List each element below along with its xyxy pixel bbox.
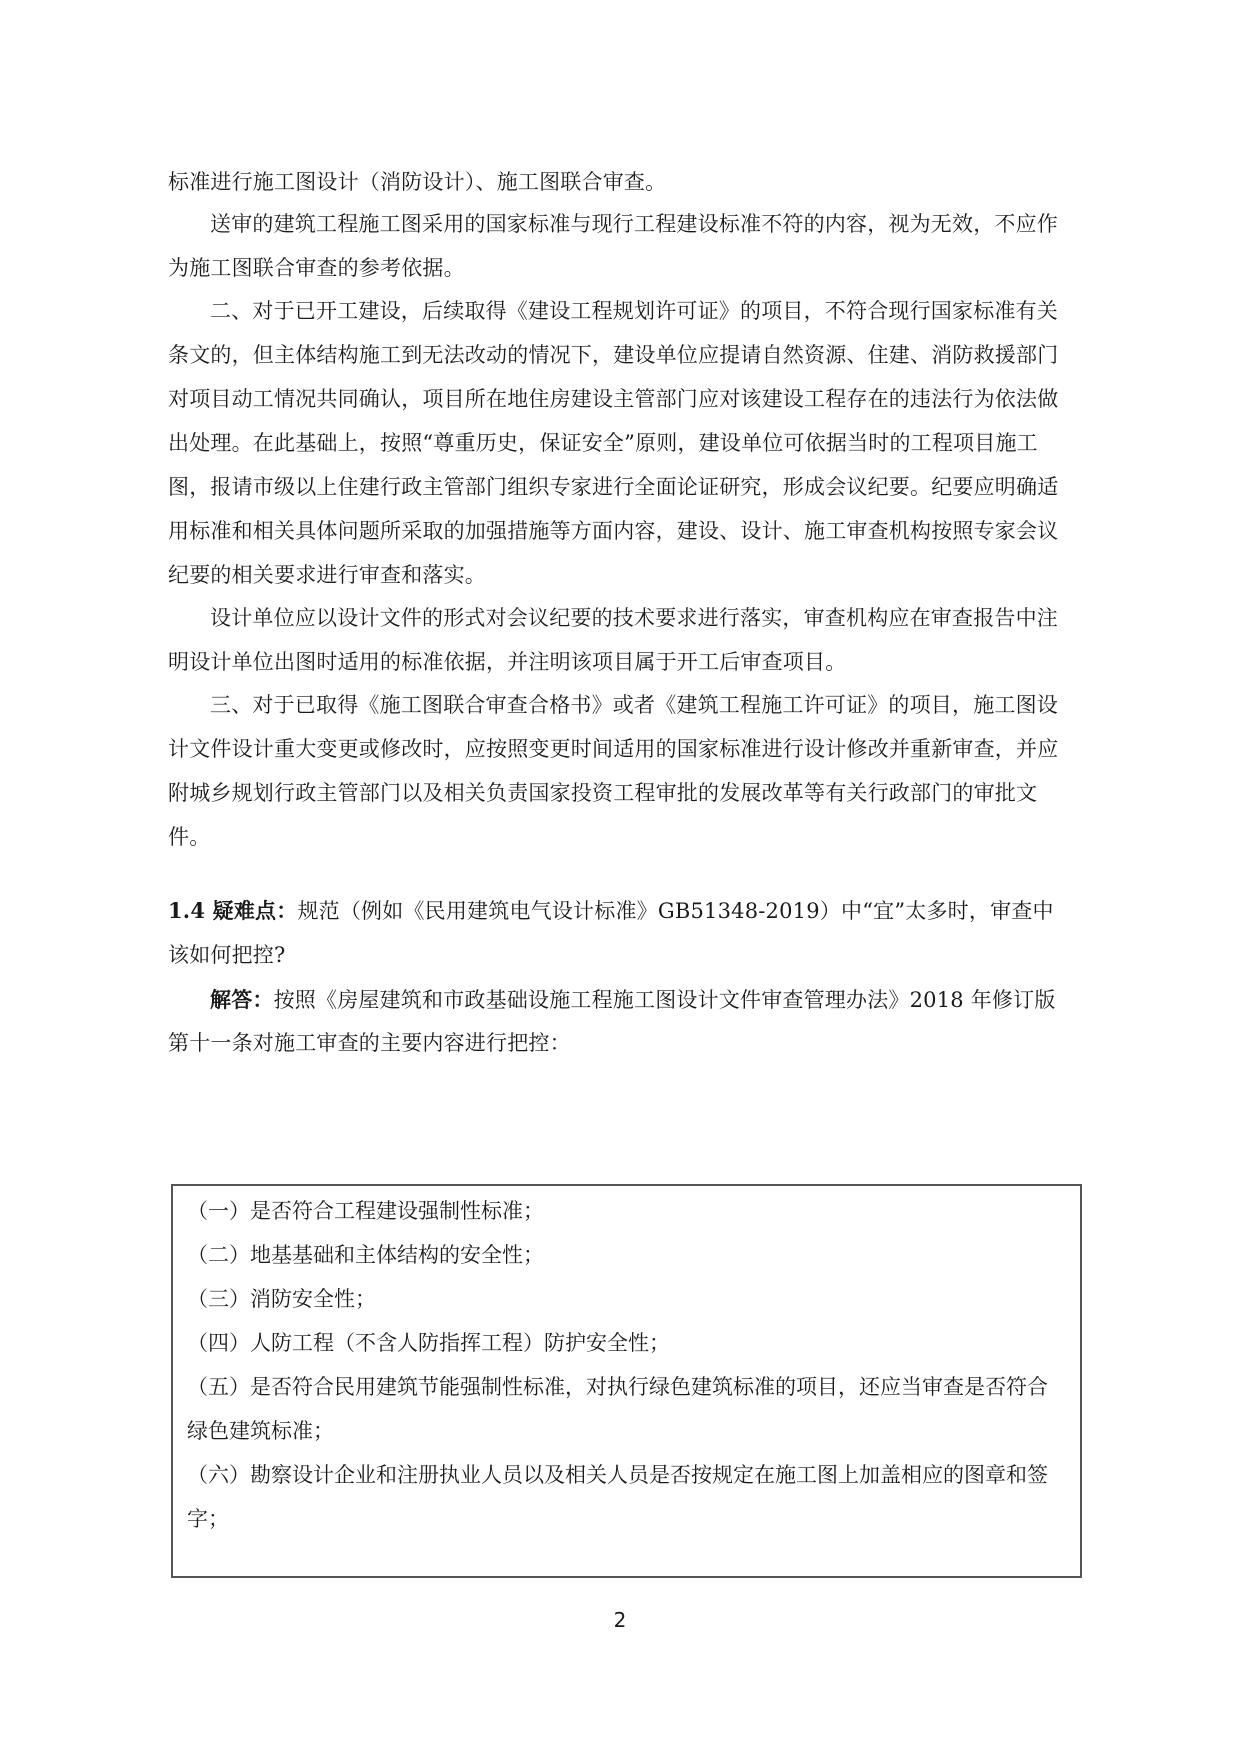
question-text: 规范（例如《民用建筑电气设计标准》GB51348-2019）中“宜”太多时，审查… (297, 899, 1053, 923)
paragraph-line: 设计单位应以设计文件的形式对会议纪要的技术要求进行落实，审查机构应在审查报告中注 (210, 603, 1130, 633)
question-label: 1.4 疑难点： (168, 898, 297, 923)
box-item: 绿色建筑标准； (187, 1416, 334, 1446)
question-line: 1.4 疑难点：规范（例如《民用建筑电气设计标准》GB51348-2019）中“… (168, 896, 1088, 926)
box-item: （五）是否符合民用建筑节能强制性标准，对执行绿色建筑标准的项目，还应当审查是否符… (187, 1372, 1048, 1402)
box-item: 字； (187, 1504, 229, 1534)
box-item: （一）是否符合工程建设强制性标准； (187, 1196, 544, 1226)
question-line: 该如何把控? (168, 940, 1088, 970)
answer-label: 解答： (210, 987, 274, 1012)
paragraph-line: 三、对于已取得《施工图联合审查合格书》或者《建筑工程施工许可证》的项目，施工图设 (210, 690, 1130, 720)
box-item: （四）人防工程（不含人防指挥工程）防护安全性； (187, 1328, 670, 1358)
paragraph-line: 附城乡规划行政主管部门以及相关负责国家投资工程审批的发展改革等有关行政部门的审批… (168, 778, 1088, 808)
paragraph-line: 件。 (168, 822, 1088, 852)
box-item: （三）消防安全性； (187, 1284, 376, 1314)
answer-line: 第十一条对施工审查的主要内容进行把控： (168, 1028, 1088, 1058)
answer-text: 按照《房屋建筑和市政基础设施工程施工图设计文件审查管理办法》2018 年修订版 (274, 988, 1056, 1012)
paragraph-line: 二、对于已开工建设，后续取得《建设工程规划许可证》的项目，不符合现行国家标准有关 (210, 296, 1130, 326)
review-items-box: （一）是否符合工程建设强制性标准； （二）地基基础和主体结构的安全性； （三）消… (171, 1184, 1082, 1578)
document-page: 标准进行施工图设计（消防设计）、施工图联合审查。 送审的建筑工程施工图采用的国家… (0, 0, 1240, 1753)
paragraph-line: 送审的建筑工程施工图采用的国家标准与现行工程建设标准不符的内容，视为无效，不应作 (210, 209, 1130, 239)
box-item: （二）地基基础和主体结构的安全性； (187, 1240, 544, 1270)
paragraph-line: 出处理。在此基础上，按照“尊重历史，保证安全”原则，建设单位可依据当时的工程项目… (168, 428, 1088, 458)
paragraph-line: 纪要的相关要求进行审查和落实。 (168, 560, 1088, 590)
paragraph-line: 计文件设计重大变更或修改时，应按照变更时间适用的国家标准进行设计修改并重新审查，… (168, 734, 1088, 764)
page-number: 2 (0, 1608, 1240, 1632)
paragraph-line: 图，报请市级以上住建行政主管部门组织专家进行全面论证研究，形成会议纪要。纪要应明… (168, 472, 1088, 502)
box-item: （六）勘察设计企业和注册执业人员以及相关人员是否按规定在施工图上加盖相应的图章和… (187, 1460, 1048, 1490)
answer-line: 解答：按照《房屋建筑和市政基础设施工程施工图设计文件审查管理办法》2018 年修… (210, 985, 1130, 1015)
paragraph-line: 条文的，但主体结构施工到无法改动的情况下，建设单位应提请自然资源、住建、消防救援… (168, 340, 1088, 370)
paragraph-line: 明设计单位出图时适用的标准依据，并注明该项目属于开工后审查项目。 (168, 647, 1088, 677)
paragraph-line: 标准进行施工图设计（消防设计）、施工图联合审查。 (168, 167, 1088, 197)
paragraph-line: 用标准和相关具体问题所采取的加强措施等方面内容，建设、设计、施工审查机构按照专家… (168, 516, 1088, 546)
paragraph-line: 对项目动工情况共同确认，项目所在地住房建设主管部门应对该建设工程存在的违法行为依… (168, 384, 1088, 414)
paragraph-line: 为施工图联合审查的参考依据。 (168, 253, 1088, 283)
